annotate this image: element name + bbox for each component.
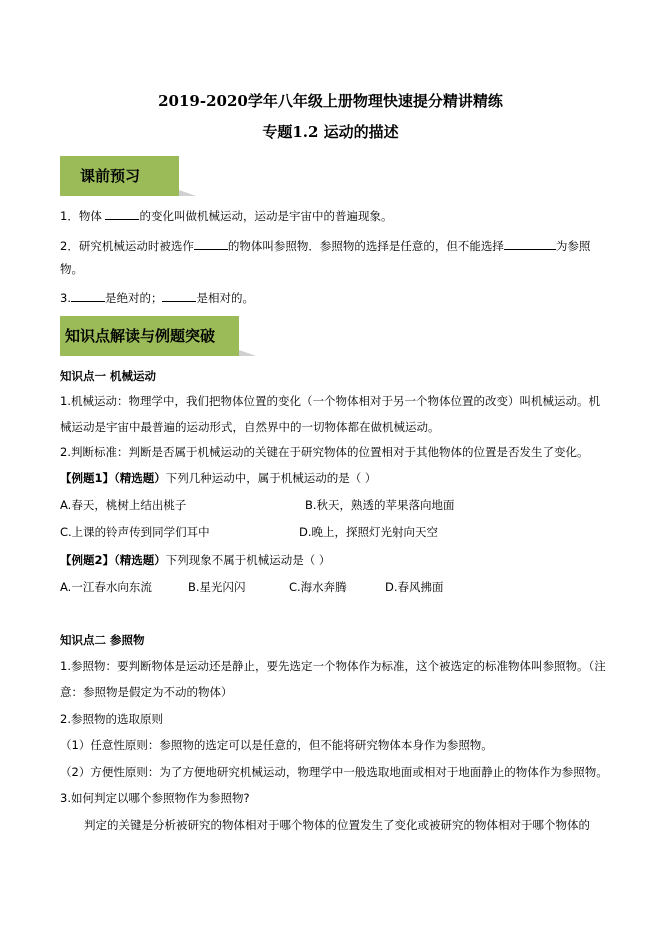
example-1-option-d: D.晚上，探照灯光射向天空: [299, 524, 438, 540]
example-2-question: 【例题2】（精选题）下列现象不属于机械运动是（ ）: [60, 552, 330, 568]
fill-blank[interactable]: [504, 237, 556, 250]
example-2-option-d: D.春风拂面: [385, 579, 444, 595]
document-title: 2019-2020学年八年级上册物理快速提分精讲精练: [0, 90, 661, 111]
preview-item-2: 2．研究机械运动时被选作的物体叫参照物．参照物的选择是任意的，但不能选择为参照: [60, 237, 590, 254]
document-subtitle: 专题1.2 运动的描述: [0, 121, 661, 142]
kp2-principle-1: （1）任意性原则：参照物的选定可以是任意的，但不能将研究物体本身作为参照物。: [60, 737, 493, 753]
section-banner-knowledge: 知识点解读与例题突破: [60, 316, 239, 356]
banner-shadow: [239, 350, 256, 356]
kp2-principle-2: （2）方便性原则：为了方便地研究机械运动，物理学中一般选取地面或相对于地面静止的…: [60, 764, 608, 780]
example-tag: 【例题2】（精选题）: [60, 553, 166, 567]
kp2-paragraph-2: 2.参照物的选取原则: [60, 711, 163, 727]
knowledge-point-1-heading: 知识点一 机械运动: [60, 368, 156, 384]
kp1-paragraph-1-cont: 械运动是宇宙中最普遍的运动形式，自然界中的一切物体都在做机械运动。: [60, 419, 440, 435]
banner-shadow: [179, 190, 196, 196]
example-1-option-b: B.秋天，熟透的苹果落向地面: [305, 497, 455, 513]
section-banner-label: 知识点解读与例题突破: [65, 327, 215, 345]
preview-item-3: 3.是绝对的；是相对的。: [60, 289, 254, 306]
fill-blank[interactable]: [162, 289, 196, 302]
fill-blank[interactable]: [194, 237, 228, 250]
section-banner-preview: 课前预习: [60, 156, 179, 196]
example-1-option-a: A.春天，桃树上结出桃子: [60, 497, 186, 513]
example-2-option-c: C.海水奔腾: [289, 579, 347, 595]
example-1-option-c: C.上课的铃声传到同学们耳中: [60, 524, 210, 540]
knowledge-point-2-heading: 知识点二 参照物: [60, 632, 145, 648]
preview-item-1: 1．物体 的变化叫做机械运动，运动是宇宙中的普遍现象。: [60, 207, 392, 224]
section-banner-label: 课前预习: [80, 167, 140, 185]
fill-blank[interactable]: [71, 289, 105, 302]
kp2-paragraph-3-body: 判定的关键是分析被研究的物体相对于哪个物体的位置发生了变化或被研究的物体相对于哪…: [84, 817, 590, 833]
kp2-paragraph-1-cont: 意：参照物是假定为不动的物体）: [60, 684, 233, 700]
fill-blank[interactable]: [105, 207, 139, 220]
example-1-question: 【例题1】（精选题）下列几种运动中，属于机械运动的是（ ）: [60, 470, 376, 486]
kp2-paragraph-1: 1.参照物：要判断物体是运动还是静止，要先选定一个物体作为标准，这个被选定的标准…: [60, 658, 606, 674]
document-page: 2019-2020学年八年级上册物理快速提分精讲精练 专题1.2 运动的描述 课…: [0, 0, 661, 935]
kp1-paragraph-1: 1.机械运动：物理学中，我们把物体位置的变化（一个物体相对于另一个物体位置的改变…: [60, 393, 600, 409]
kp2-paragraph-3: 3.如何判定以哪个参照物作为参照物?: [60, 790, 250, 806]
kp1-paragraph-2: 2.判断标准：判断是否属于机械运动的关键在于研究物体的位置相对于其他物体的位置是…: [60, 444, 588, 460]
example-tag: 【例题1】（精选题）: [60, 471, 166, 485]
example-2-option-a: A.一江春水向东流: [60, 579, 152, 595]
example-2-option-b: B.星光闪闪: [188, 579, 246, 595]
preview-item-2-continuation: 物。: [60, 261, 83, 277]
